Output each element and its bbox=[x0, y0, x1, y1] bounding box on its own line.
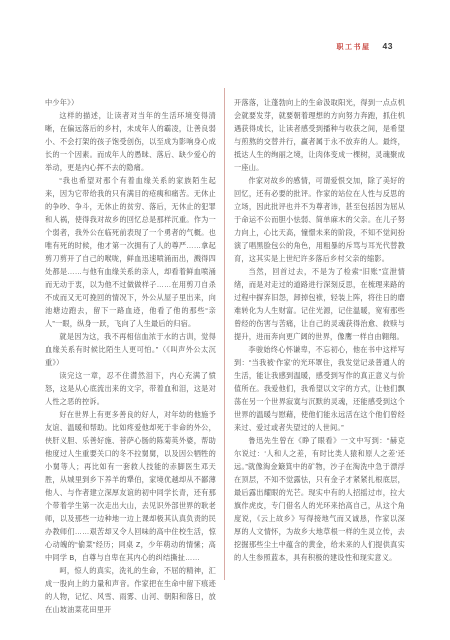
paragraph: “我也希望对那个有着血缘关系的家族陌生起来，因为它带给我的只有满目的疮痍和痛苦。… bbox=[45, 174, 216, 330]
article-body: 中少年》）这样的描述，让读者对当年的生活环境变得清晰，在偏远落后的乡村，未成年人… bbox=[45, 96, 405, 616]
paragraph: 当然，回首过去，不是为了检索“旧账”宣泄情绪，而是对走过的道路进行深刻反思，在梳… bbox=[234, 265, 405, 343]
paragraph: 李骏始终心怀谦卑，不忘初心，他在书中这样写到：“当我被‘作家’的光环罩住，我发觉… bbox=[234, 343, 405, 434]
paragraph: 读完这一章，忍不住潸然泪下，内心充满了愤怒，这是从心底流出来的文字，带着血和泪，… bbox=[45, 369, 216, 408]
page-number: 43 bbox=[383, 41, 393, 51]
book-page: 职工书屋 43 中少年》）这样的描述，让读者对当年的生活环境变得清晰，在偏远落后… bbox=[0, 0, 450, 640]
paragraph: 好在世界上有更多善良的好人，对年幼的他施予友谊、温暖和帮助。比如疼爱他却死于非命… bbox=[45, 408, 216, 564]
paragraph: 鲁迅先生曾在《睁了眼看》一文中写到：“赫克尔说过：‘人和人之差，有时比类人猿和原… bbox=[234, 434, 405, 564]
paragraph: 呵，惊人的真实，洗礼的生命，不屈的精神，汇成一股向上的力量和声音。作家把在生命中… bbox=[45, 564, 216, 616]
paragraph: 中少年》） bbox=[45, 96, 216, 109]
left-column: 中少年》）这样的描述，让读者对当年的生活环境变得清晰，在偏远落后的乡村，未成年人… bbox=[45, 96, 216, 616]
paragraph: 这样的描述，让读者对当年的生活环境变得清晰，在偏远落后的乡村，未成年人的霸凌，让… bbox=[45, 109, 216, 174]
paragraph: 开落落，让蓬勃向上的生命汲取阳光，得到一点点机会就要发芽，就要朝着理想的方向努力… bbox=[234, 96, 405, 174]
paragraph: 就是因为这，我不再相信血浓于水的古训，觉得血缘关系有时候比陌生人更可怕。”（《叫… bbox=[45, 330, 216, 369]
running-head: 职工书屋 43 bbox=[337, 41, 393, 52]
paragraph: 作家对故乡的感情，可谓爱恨交加，除了美好的回忆，还有必要的批评。作家的站位在人性… bbox=[234, 174, 405, 265]
masthead-title: 职工书屋 bbox=[337, 42, 371, 52]
right-column: 开落落，让蓬勃向上的生命汲取阳光，得到一点点机会就要发芽，就要朝着理想的方向努力… bbox=[234, 96, 405, 616]
